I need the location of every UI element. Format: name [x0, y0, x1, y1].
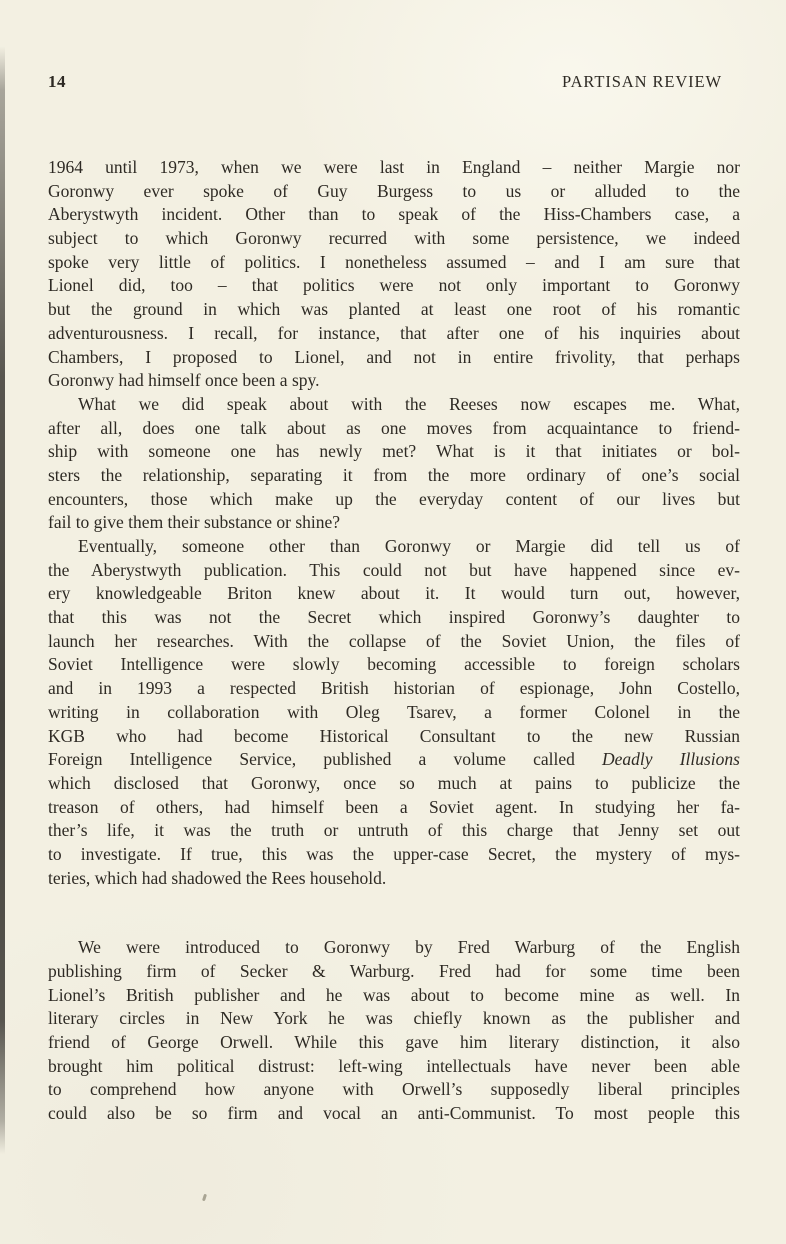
- text-line: Lionel did, too – that politics were not…: [48, 274, 740, 298]
- text-line: literary circles in New York he was chie…: [48, 1007, 740, 1031]
- text-line: Goronwy had himself once been a spy.: [48, 369, 740, 393]
- text-line: KGB who had become Historical Consultant…: [48, 725, 740, 749]
- text-line: publishing firm of Secker & Warburg. Fre…: [48, 960, 740, 984]
- text-line: subject to which Goronwy recurred with s…: [48, 227, 740, 251]
- text-line: Eventually, someone other than Goronwy o…: [48, 535, 740, 559]
- text-line: the Aberystwyth publication. This could …: [48, 559, 740, 583]
- scan-edge-shadow: [0, 46, 5, 1154]
- text-line: Aberystwyth incident. Other than to spea…: [48, 203, 740, 227]
- text-line: ship with someone one has newly met? Wha…: [48, 440, 740, 464]
- text-line: fail to give them their substance or shi…: [48, 511, 740, 535]
- text-line: We were introduced to Goronwy by Fred Wa…: [48, 936, 740, 960]
- running-header: 14 PARTISAN REVIEW: [48, 72, 740, 92]
- text-line: friend of George Orwell. While this gave…: [48, 1031, 740, 1055]
- paragraph-2: What we did speak about with the Reeses …: [48, 393, 740, 535]
- scanned-book-page: { "page": { "header": { "page_number": "…: [0, 0, 786, 1244]
- text-line: and in 1993 a respected British historia…: [48, 677, 740, 701]
- text-line: to investigate. If true, this was the up…: [48, 843, 740, 867]
- text-line: Chambers, I proposed to Lionel, and not …: [48, 346, 740, 370]
- text-line: brought him political distrust: left-win…: [48, 1055, 740, 1079]
- text-line: which disclosed that Goronwy, once so mu…: [48, 772, 740, 796]
- text-line: launch her researches. With the collapse…: [48, 630, 740, 654]
- text-line: What we did speak about with the Reeses …: [48, 393, 740, 417]
- text-line: encounters, those which make up the ever…: [48, 488, 740, 512]
- text-line: treason of others, had himself been a So…: [48, 796, 740, 820]
- paper-speck: [202, 1194, 207, 1202]
- text-line: writing in collaboration with Oleg Tsare…: [48, 701, 740, 725]
- text-line: teries, which had shadowed the Rees hous…: [48, 867, 740, 891]
- text-line: adventurousness. I recall, for instance,…: [48, 322, 740, 346]
- text-line: Soviet Intelligence were slowly becoming…: [48, 653, 740, 677]
- text-line: spoke very little of politics. I nonethe…: [48, 251, 740, 275]
- text-line: sters the relationship, separating it fr…: [48, 464, 740, 488]
- journal-title: PARTISAN REVIEW: [562, 72, 722, 92]
- text-line: ery knowledgeable Briton knew about it. …: [48, 582, 740, 606]
- italic-book-title: Deadly Illusions: [602, 749, 740, 769]
- text-line: could also be so firm and vocal an anti-…: [48, 1102, 740, 1126]
- page-number: 14: [48, 72, 66, 92]
- paragraph-1: 1964 until 1973, when we were last in En…: [48, 156, 740, 393]
- text-line: that this was not the Secret which inspi…: [48, 606, 740, 630]
- paragraph-4: We were introduced to Goronwy by Fred Wa…: [48, 936, 740, 1126]
- text-line: after all, does one talk about as one mo…: [48, 417, 740, 441]
- text-line: 1964 until 1973, when we were last in En…: [48, 156, 740, 180]
- text-line: Lionel’s British publisher and he was ab…: [48, 984, 740, 1008]
- text-line: Goronwy ever spoke of Guy Burgess to us …: [48, 180, 740, 204]
- body-text-block: 1964 until 1973, when we were last in En…: [48, 156, 740, 1126]
- text-line: ther’s life, it was the truth or untruth…: [48, 819, 740, 843]
- text-line: but the ground in which was planted at l…: [48, 298, 740, 322]
- text-line: Foreign Intelligence Service, published …: [48, 748, 740, 772]
- text-line: to comprehend how anyone with Orwell’s s…: [48, 1078, 740, 1102]
- paragraph-3: Eventually, someone other than Goronwy o…: [48, 535, 740, 890]
